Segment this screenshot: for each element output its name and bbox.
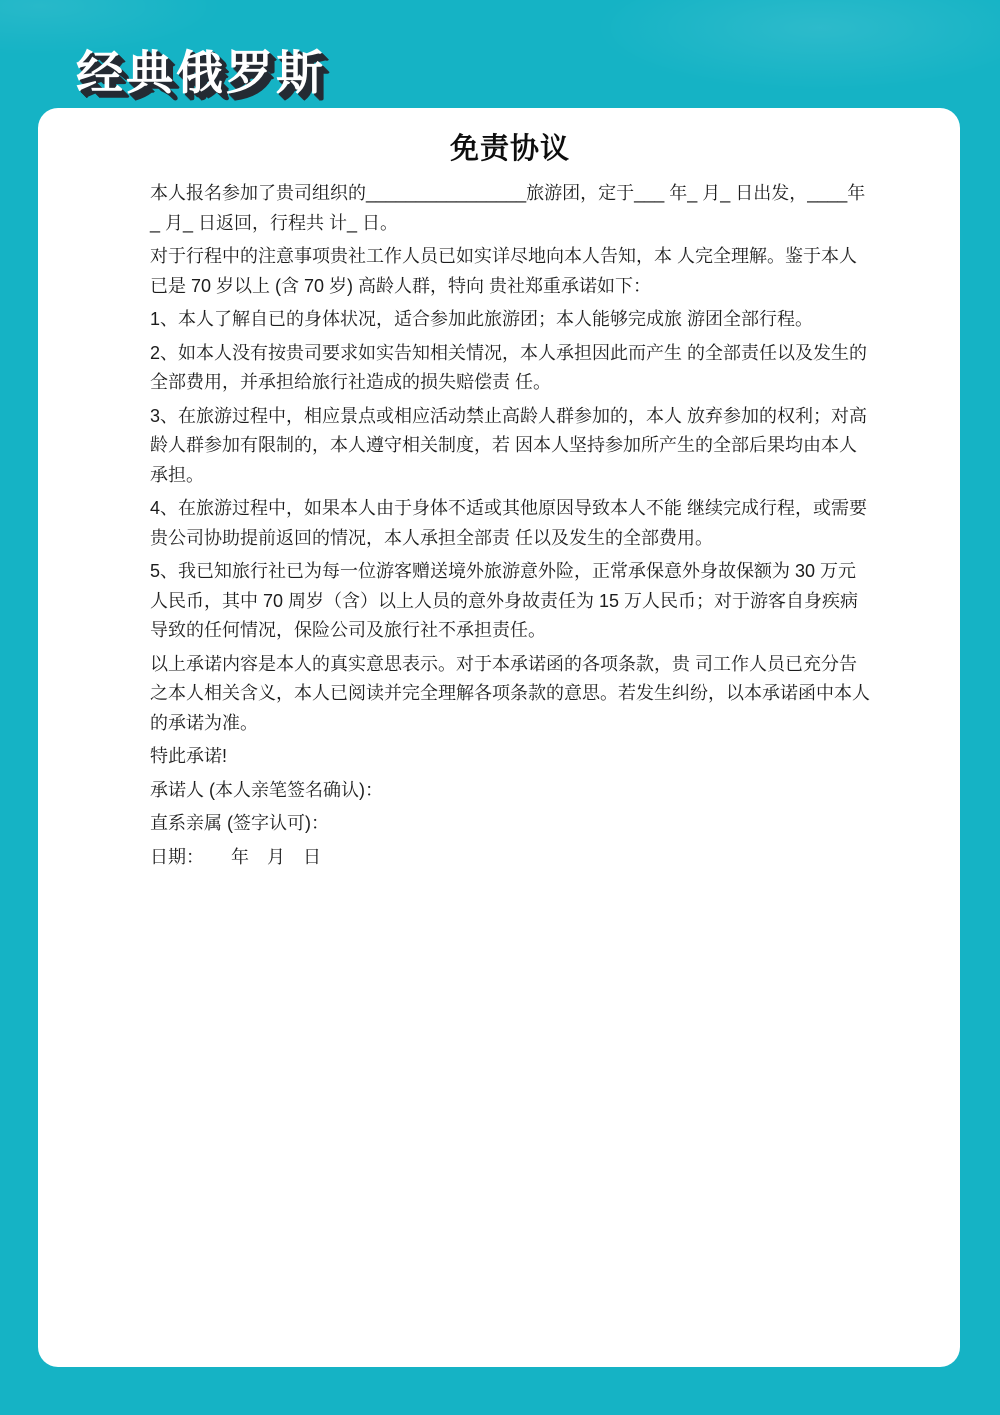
hereby-line: 特此承诺! <box>150 742 870 772</box>
notice-paragraph: 对于行程中的注意事项贵社工作人员已如实详尽地向本人告知，本 人完全理解。鉴于本人… <box>150 242 870 301</box>
clause-item-3: 3、在旅游过程中，相应景点或相应活动禁止高龄人群参加的，本人 放弃参加的权利；对… <box>150 402 870 491</box>
page-background: 经典俄罗斯 免责协议 本人报名参加了贵司组织的________________旅… <box>0 0 1000 1415</box>
intro-paragraph: 本人报名参加了贵司组织的________________旅游团，定于___ 年_… <box>150 179 870 238</box>
promisor-signature-line: 承诺人 (本人亲笔签名确认)： <box>150 776 870 806</box>
agreement-card: 免责协议 本人报名参加了贵司组织的________________旅游团，定于_… <box>38 108 960 1367</box>
date-line: 日期： 年 月 日 <box>150 843 870 873</box>
clause-item-5: 5、我已知旅行社已为每一位游客赠送境外旅游意外险，正常承保意外身故保额为 30 … <box>150 557 870 646</box>
clause-item-2: 2、如本人没有按贵司要求如实告知相关情况，本人承担因此而产生 的全部责任以及发生… <box>150 339 870 398</box>
clause-item-4: 4、在旅游过程中，如果本人由于身体不适或其他原因导致本人不能 继续完成行程，或需… <box>150 494 870 553</box>
clause-item-1: 1、本人了解自已的身体状况，适合参加此旅游团；本人能够完成旅 游团全部行程。 <box>150 305 870 335</box>
document-title: 免责协议 <box>150 126 870 167</box>
brand-title: 经典俄罗斯 <box>76 36 326 103</box>
declaration-paragraph: 以上承诺内容是本人的真实意思表示。对于本承诺函的各项条款，贵 司工作人员已充分告… <box>150 650 870 739</box>
family-signature-line: 直系亲属 (签字认可)： <box>150 809 870 839</box>
